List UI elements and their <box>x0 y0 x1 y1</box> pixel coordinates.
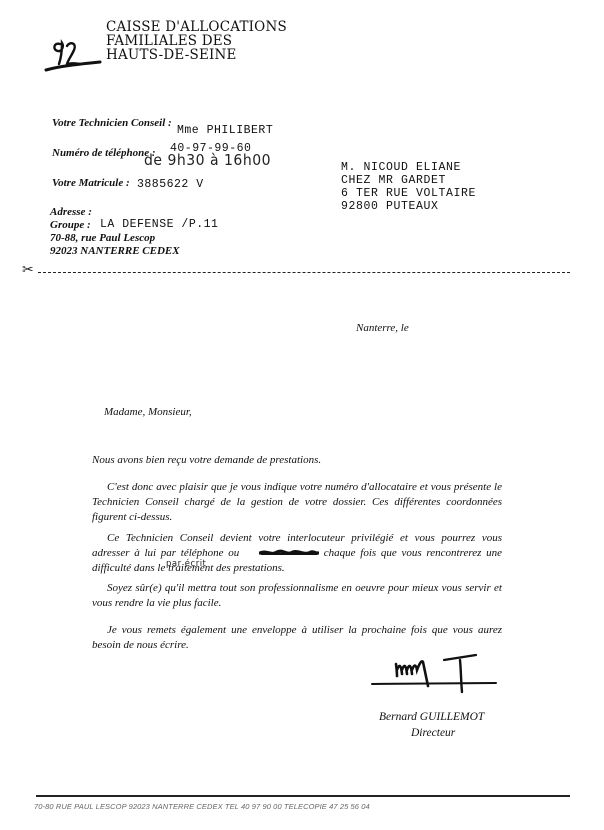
address-line-1: 70-88, rue Paul Lescop <box>50 232 155 244</box>
cut-line <box>38 272 570 273</box>
recipient-line-3: 6 TER RUE VOLTAIRE <box>341 187 476 200</box>
paragraph-3: Ce Technicien Conseil devient votre inte… <box>92 531 502 576</box>
group-value: LA DEFENSE /P.11 <box>100 218 218 231</box>
technician-label: Votre Technicien Conseil : <box>52 117 172 129</box>
organization-name-line-2: FAMILIALES DES <box>106 34 287 48</box>
matricule-value: 3885622 V <box>137 178 204 191</box>
place-date: Nanterre, le <box>356 321 409 336</box>
recipient-line-1: M. NICOUD ELIANE <box>341 161 476 174</box>
paragraph-1: Nous avons bien reçu votre demande de pr… <box>92 453 502 468</box>
organization-name-line-1: CAISSE D'ALLOCATIONS <box>106 20 287 34</box>
organization-name: CAISSE D'ALLOCATIONS FAMILIALES DES HAUT… <box>106 20 287 62</box>
address-line-2: 92023 NANTERRE CEDEX <box>50 245 180 257</box>
paragraph-5: Je vous remets également une enveloppe à… <box>92 623 502 653</box>
technician-value: Mme PHILIBERT <box>177 124 273 137</box>
group-label: Groupe : <box>50 219 91 231</box>
handwritten-correction: par écrit <box>166 559 206 569</box>
paragraph-2: C'est donc avec plaisir que je vous indi… <box>92 480 502 525</box>
paragraph-4: Soyez sûr(e) qu'il mettra tout son profe… <box>92 581 502 611</box>
recipient-line-4: 92800 PUTEAUX <box>341 200 476 213</box>
handwritten-signature <box>370 650 510 700</box>
handwritten-department-mark <box>40 38 102 74</box>
organization-name-line-3: HAUTS-DE-SEINE <box>106 48 287 62</box>
scissors-icon: ✂ <box>22 263 34 277</box>
ink-scribble-icon <box>259 549 319 557</box>
signatory-name: Bernard GUILLEMOT <box>379 711 484 723</box>
footer-address: 70-80 RUE PAUL LESCOP 92023 NANTERRE CED… <box>34 802 370 811</box>
salutation: Madame, Monsieur, <box>104 405 192 420</box>
handwritten-phone-hours: de 9h30 à 16h00 <box>144 153 271 170</box>
recipient-line-2: CHEZ MR GARDET <box>341 174 476 187</box>
struck-out-text <box>244 546 319 561</box>
signatory-title: Directeur <box>411 727 455 739</box>
address-label: Adresse : <box>50 206 92 218</box>
recipient-address: M. NICOUD ELIANE CHEZ MR GARDET 6 TER RU… <box>341 161 476 213</box>
footer-rule <box>36 795 570 797</box>
matricule-label: Votre Matricule : <box>52 177 130 189</box>
phone-label: Numéro de téléphone : <box>52 147 156 159</box>
